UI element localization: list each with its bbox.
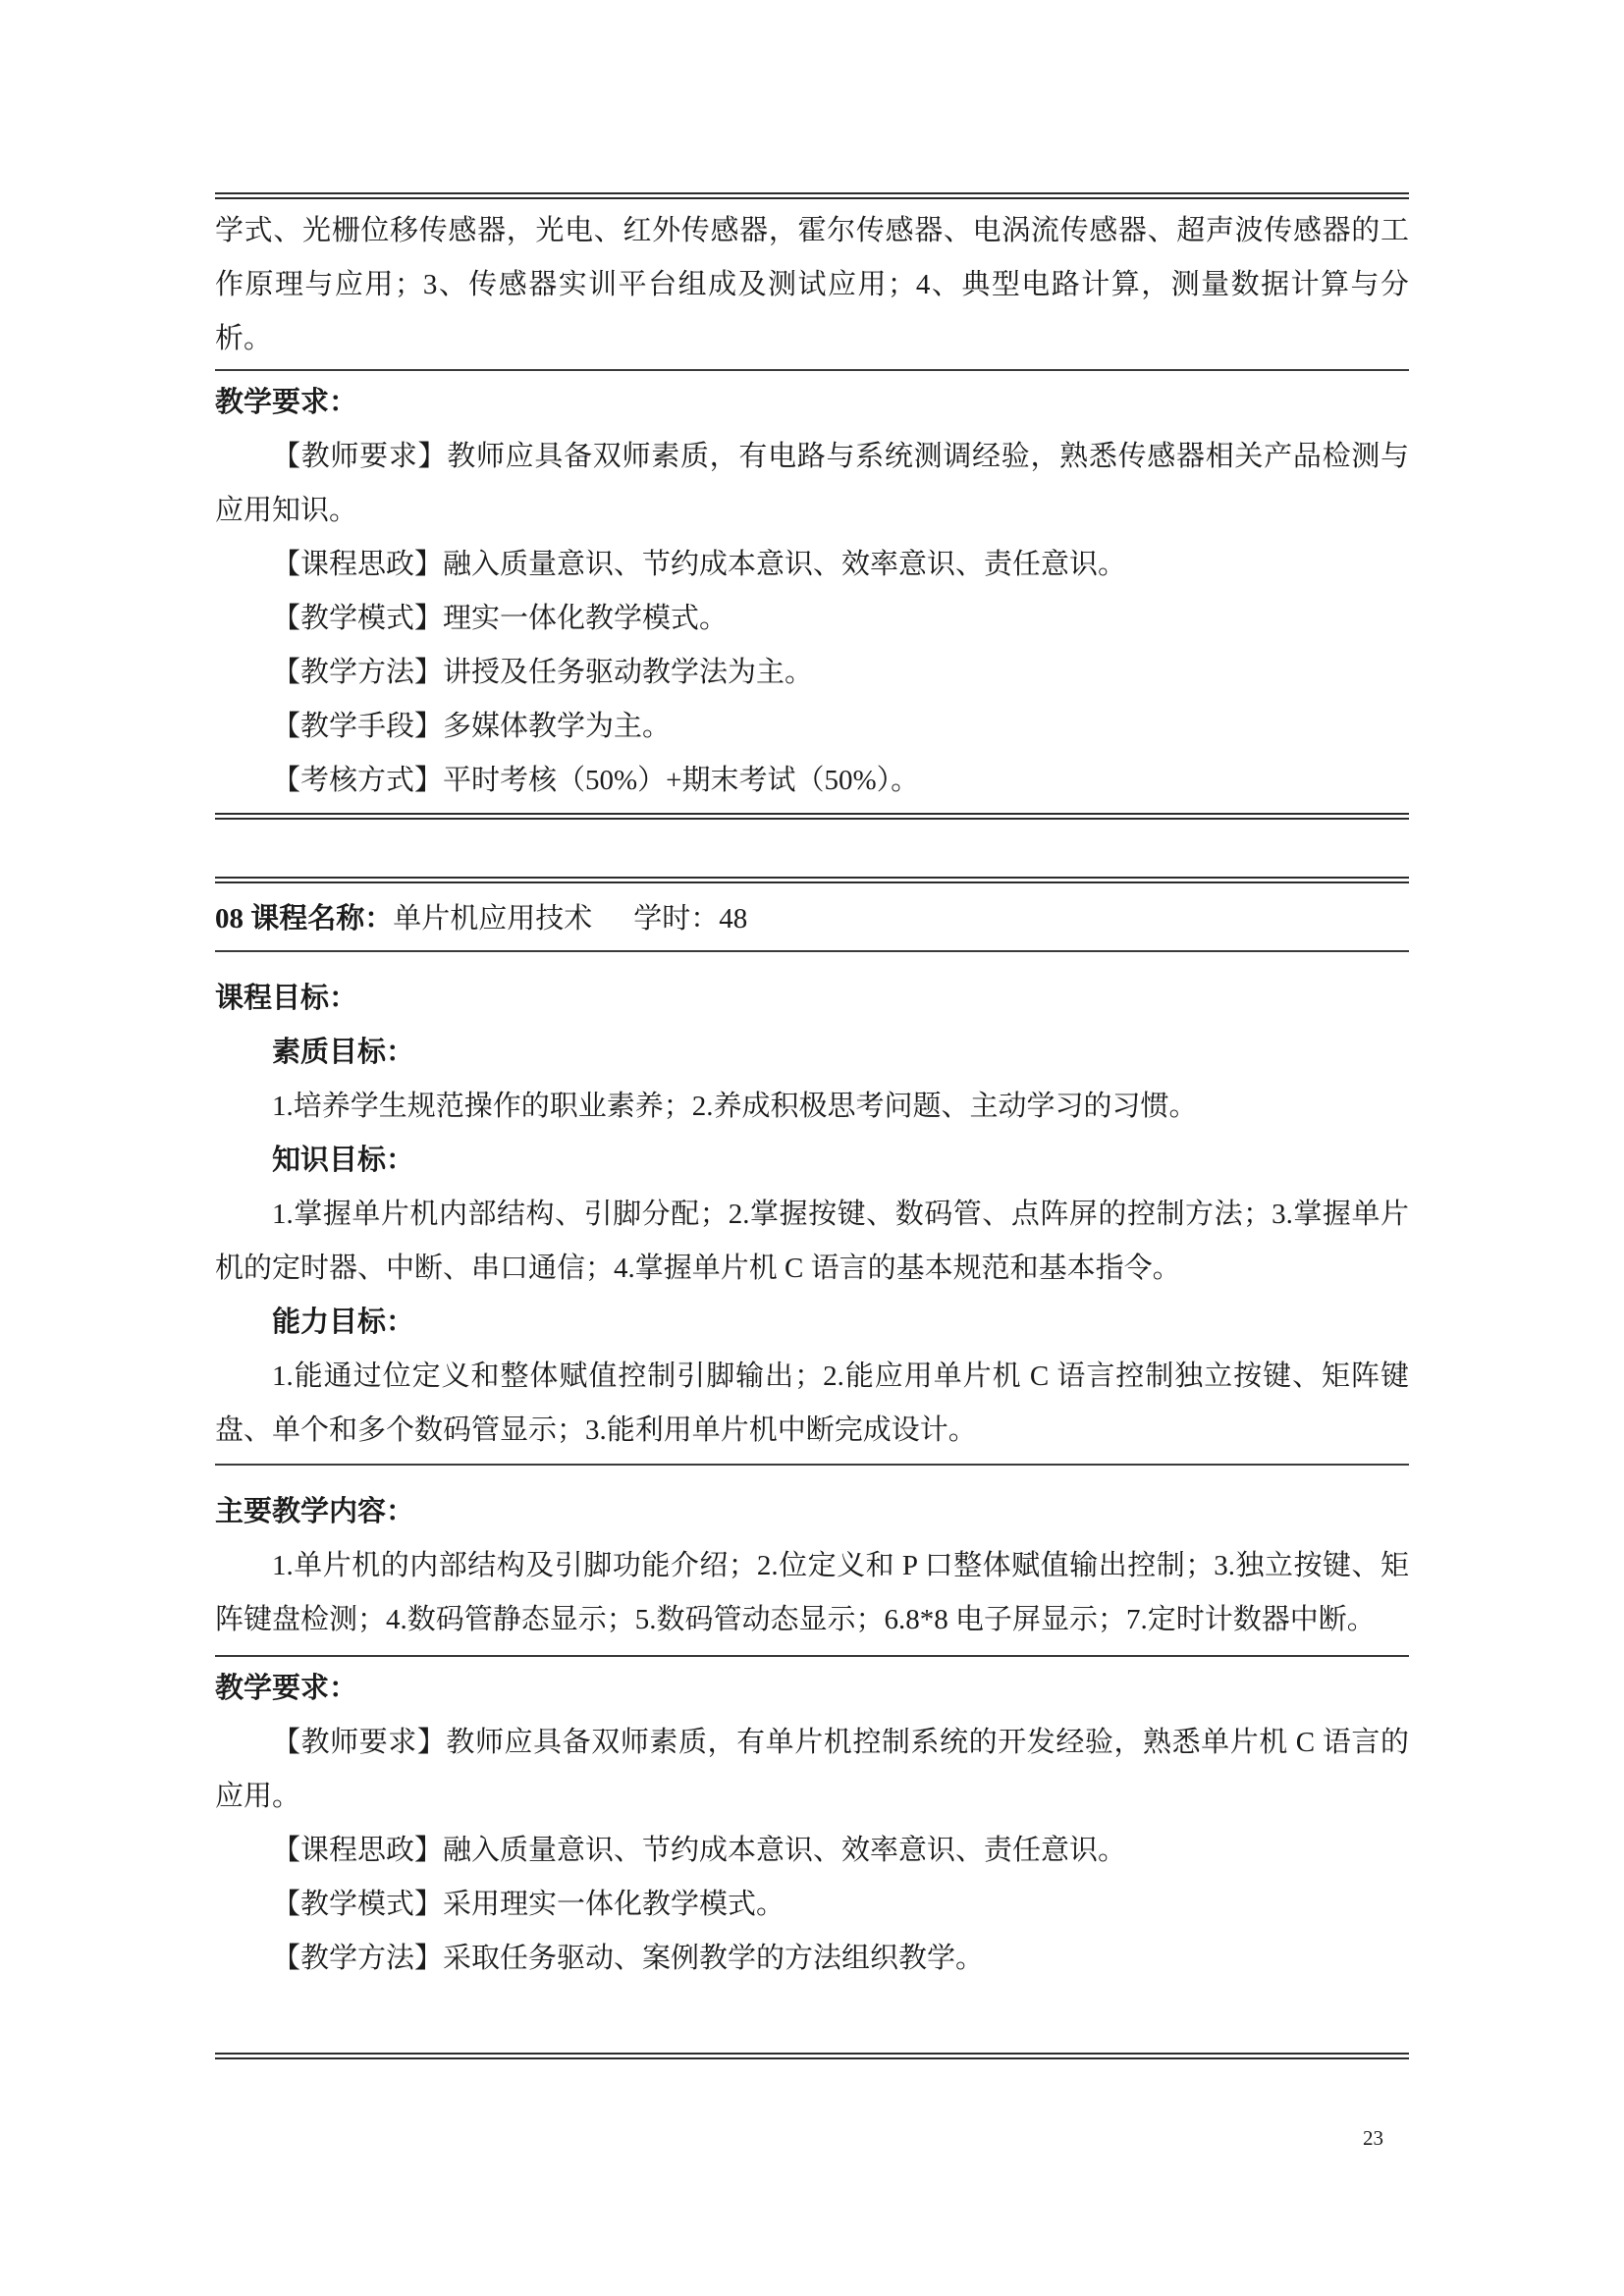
- course-08-teaching-requirements-section: 教学要求： 【教师要求】教师应具备双师素质，有单片机控制系统的开发经验，熟悉单片…: [215, 1657, 1409, 1992]
- course-08-goals-section: 课程目标： 素质目标： 1.培养学生规范操作的职业素养；2.养成积极思考问题、主…: [215, 952, 1409, 1464]
- course-08-table-block: 08 课程名称：单片机应用技术学时：48 课程目标： 素质目标： 1.培养学生规…: [215, 877, 1409, 2059]
- teacher-requirement-paragraph: 【教师要求】教师应具备双师素质，有电路与系统测调经验，熟悉传感器相关产品检测与应…: [215, 430, 1409, 538]
- course-ideology-paragraph: 【课程思政】融入质量意识、节约成本意识、效率意识、责任意识。: [215, 1824, 1409, 1878]
- assessment-method-paragraph: 【考核方式】平时考核（50%）+期末考试（50%）。: [215, 754, 1409, 808]
- page-number: 23: [1363, 2123, 1383, 2153]
- teaching-mode-paragraph: 【教学模式】采用理实一体化教学模式。: [215, 1878, 1409, 1932]
- course-hours-label: 学时：: [633, 903, 719, 934]
- course-index-label: 08 课程名称：: [215, 903, 393, 934]
- main-content-heading: 主要教学内容：: [215, 1485, 1409, 1539]
- ability-goal-text: 1.能通过位定义和整体赋值控制引脚输出；2.能应用单片机 C 语言控制独立按键、…: [215, 1350, 1409, 1458]
- main-content-text: 1.单片机的内部结构及引脚功能介绍；2.位定义和 P 口整体赋值输出控制；3.独…: [215, 1539, 1409, 1647]
- course-ideology-paragraph: 【课程思政】融入质量意识、节约成本意识、效率意识、责任意识。: [215, 538, 1409, 592]
- quality-goal-heading: 素质目标：: [215, 1026, 1409, 1080]
- document-page: 学式、光栅位移传感器，光电、红外传感器，霍尔传感器、电涡流传感器、超声波传感器的…: [0, 0, 1624, 2296]
- course-08-main-content-section: 主要教学内容： 1.单片机的内部结构及引脚功能介绍；2.位定义和 P 口整体赋值…: [215, 1466, 1409, 1655]
- teaching-method-paragraph: 【教学方法】采取任务驱动、案例教学的方法组织教学。: [215, 1932, 1409, 1986]
- teacher-requirement-paragraph: 【教师要求】教师应具备双师素质，有单片机控制系统的开发经验，熟悉单片机 C 语言…: [215, 1716, 1409, 1824]
- course-name: 单片机应用技术: [393, 903, 592, 934]
- knowledge-goal-heading: 知识目标：: [215, 1134, 1409, 1188]
- teaching-requirements-heading: 教学要求：: [215, 1662, 1409, 1716]
- teaching-mode-paragraph: 【教学模式】理实一体化教学模式。: [215, 592, 1409, 646]
- teaching-requirements-heading: 教学要求：: [215, 376, 1409, 430]
- course-07-table-block: 学式、光栅位移传感器，光电、红外传感器，霍尔传感器、电涡流传感器、超声波传感器的…: [215, 192, 1409, 820]
- teaching-method-paragraph: 【教学方法】讲授及任务驱动教学法为主。: [215, 646, 1409, 700]
- course-07-teaching-requirements-section: 教学要求： 【教师要求】教师应具备双师素质，有电路与系统测调经验，熟悉传感器相关…: [215, 371, 1409, 816]
- course-08-title-row: 08 课程名称：单片机应用技术学时：48: [215, 883, 1409, 950]
- knowledge-goal-text: 1.掌握单片机内部结构、引脚分配；2.掌握按键、数码管、点阵屏的控制方法；3.掌…: [215, 1188, 1409, 1296]
- course-07-content-paragraph: 学式、光栅位移传感器，光电、红外传感器，霍尔传感器、电涡流传感器、超声波传感器的…: [215, 204, 1409, 366]
- teaching-means-paragraph: 【教学手段】多媒体教学为主。: [215, 700, 1409, 754]
- course-hours-value: 48: [719, 903, 747, 934]
- course-07-main-content-continued-section: 学式、光栅位移传感器，光电、红外传感器，霍尔传感器、电涡流传感器、超声波传感器的…: [215, 199, 1409, 369]
- course-goals-heading: 课程目标：: [215, 972, 1409, 1026]
- quality-goal-text: 1.培养学生规范操作的职业素养；2.养成积极思考问题、主动学习的习惯。: [215, 1080, 1409, 1134]
- course-title-line: 08 课程名称：单片机应用技术学时：48: [215, 895, 1409, 942]
- ability-goal-heading: 能力目标：: [215, 1296, 1409, 1350]
